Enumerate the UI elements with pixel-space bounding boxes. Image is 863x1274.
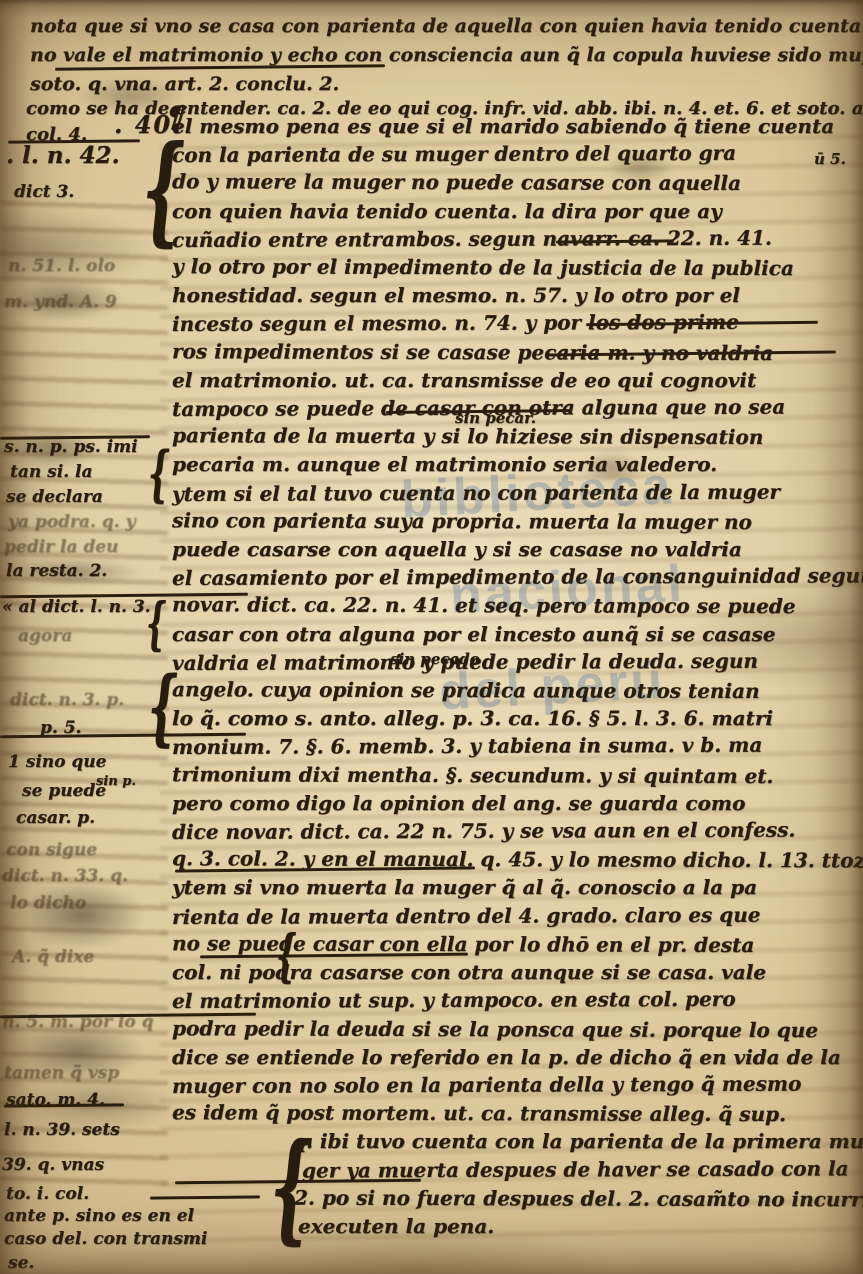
edge-vignette	[0, 0, 863, 1274]
manuscript-page: biblioteca nacional del perú nota que si…	[0, 0, 863, 1274]
